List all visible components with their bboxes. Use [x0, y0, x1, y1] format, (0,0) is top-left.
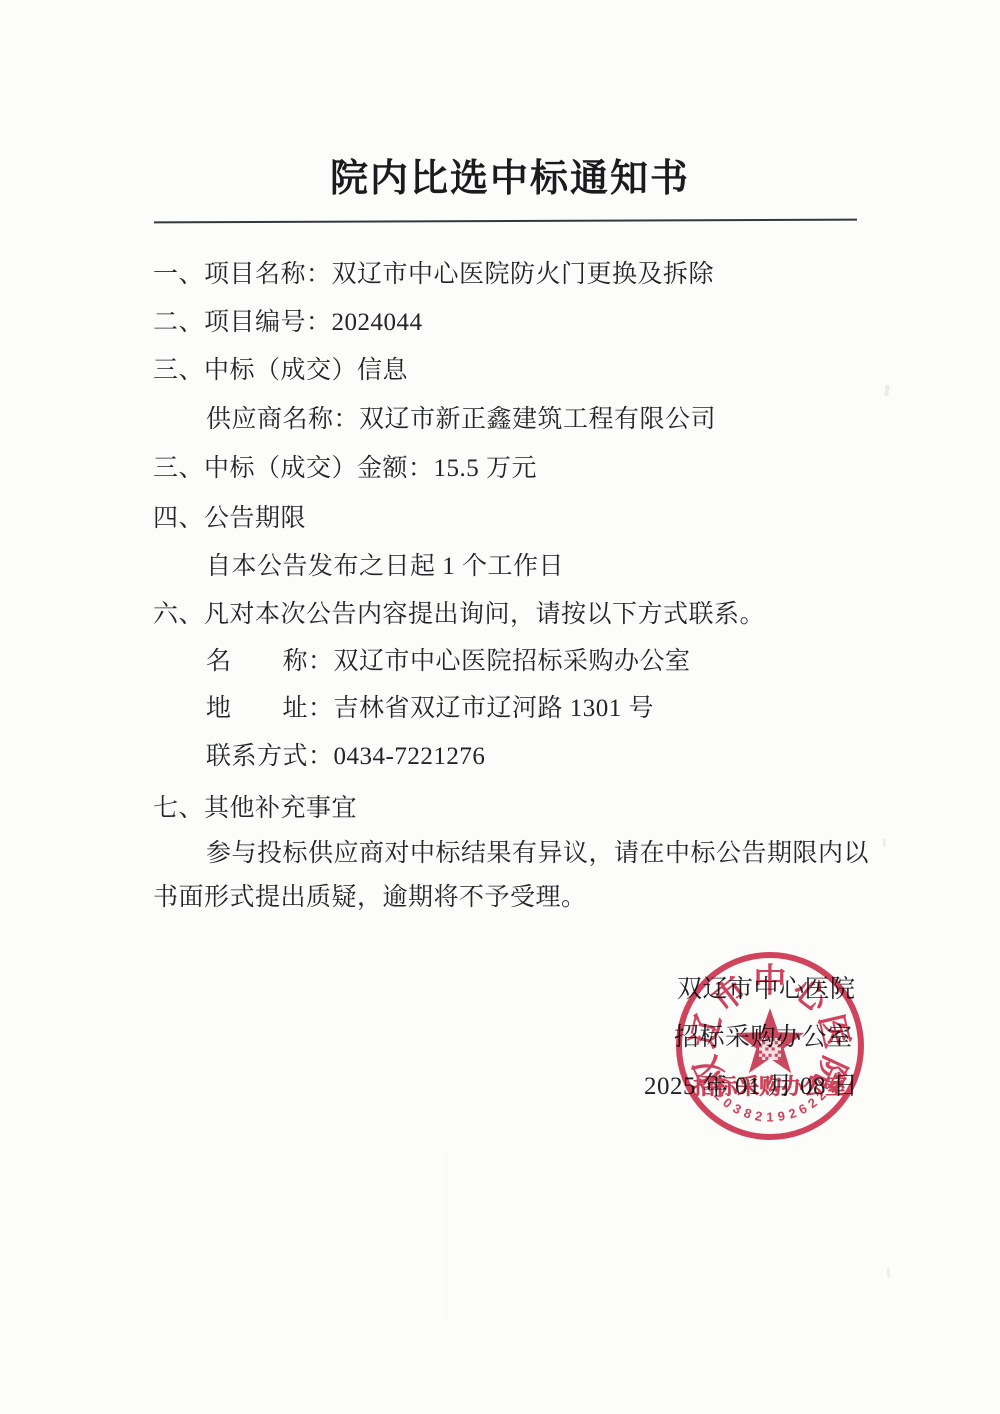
body-line: 书面形式提出质疑，逾期将不予受理。 [153, 884, 587, 911]
body-line: 自本公告发布之日起 1 个工作日 [206, 553, 564, 580]
body-line: 四、公告期限 [153, 505, 306, 532]
seal-qr-code-icon [759, 1038, 781, 1060]
scan-artifact [884, 385, 889, 396]
body-line: 三、中标（成交）金额：15.5 万元 [153, 455, 537, 482]
body-line: 联系方式：0434-7221276 [206, 743, 485, 770]
body-line: 地 址：吉林省双辽市辽河路 1301 号 [206, 695, 654, 722]
title-underline [154, 219, 857, 224]
scan-artifact [446, 1150, 447, 1320]
scan-artifact [886, 1268, 890, 1278]
seal-arc-char: 中 [754, 966, 787, 999]
official-seal: 招标采购办公室 双辽市中心医院 2203821926229 [676, 952, 864, 1140]
seal-serial-digit: 1 [766, 1111, 773, 1124]
body-line: 供应商名称：双辽市新正鑫建筑工程有限公司 [206, 406, 716, 433]
document-title: 院内比选中标通知书 [10, 147, 1000, 202]
scan-artifact [883, 838, 886, 847]
body-line: 二、项目编号：2024044 [153, 309, 423, 336]
body-line: 名 称：双辽市中心医院招标采购办公室 [206, 648, 691, 675]
body-line: 七、其他补充事宜 [153, 795, 357, 822]
body-line: 六、凡对本次公告内容提出询问，请按以下方式联系。 [153, 601, 765, 628]
body-line: 三、中标（成交）信息 [153, 357, 408, 384]
scanned-document-page: 院内比选中标通知书 一、项目名称：双辽市中心医院防火门更换及拆除二、项目编号：2… [0, 0, 1000, 1414]
body-line: 参与投标供应商对中标结果有异议，请在中标公告期限内以 [206, 840, 869, 867]
body-line: 一、项目名称：双辽市中心医院防火门更换及拆除 [153, 261, 714, 288]
